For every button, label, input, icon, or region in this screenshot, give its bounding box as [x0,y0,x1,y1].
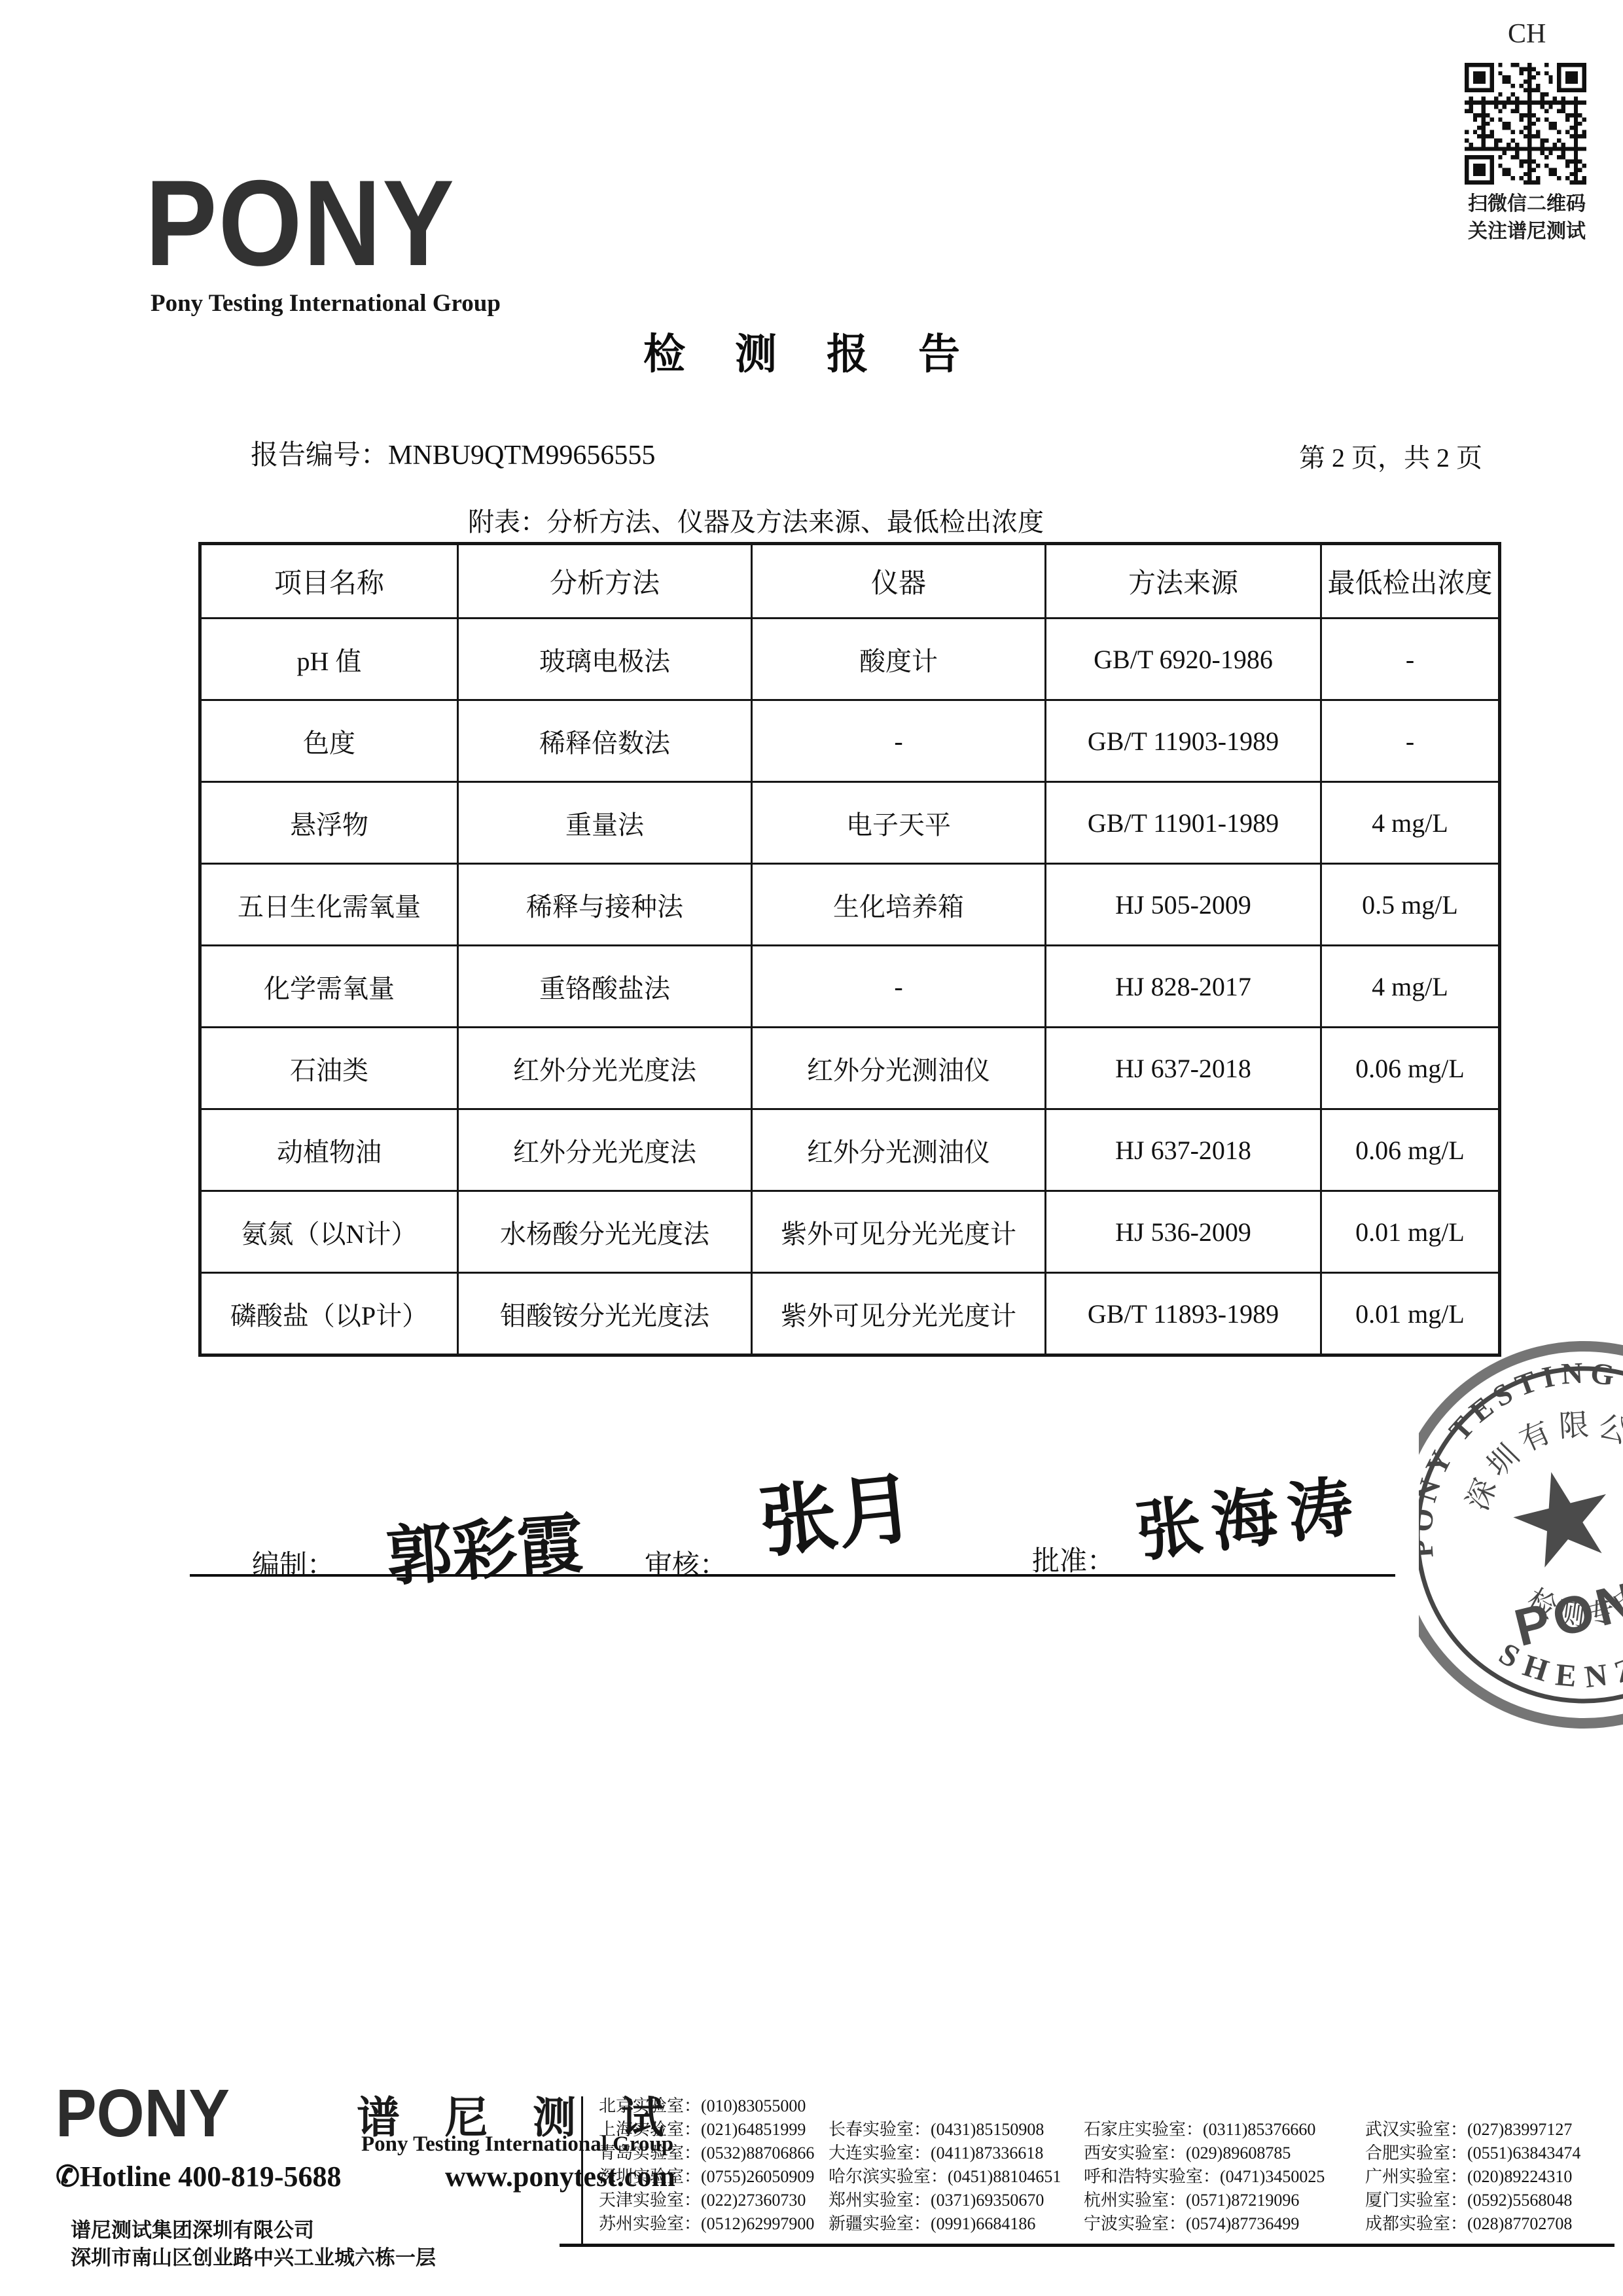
col-header-instrument: 仪器 [752,544,1046,619]
analysis-method-table: 项目名称 分析方法 仪器 方法来源 最低检出浓度 pH 值玻璃电极法酸度计GB/… [198,542,1501,1357]
lab-entry: 北京实验室：(010)83055000 [599,2094,814,2118]
lab-entry: 宁波实验室：(0574)87736499 [1084,2212,1325,2236]
qr-code [1465,63,1586,185]
lab-phone-column-3: 石家庄实验室：(0311)85376660 西安实验室：(029)8960878… [1084,2118,1325,2236]
footer-divider [581,2096,583,2247]
col-header-limit: 最低检出浓度 [1321,544,1500,619]
table-caption: 附表：分析方法、仪器及方法来源、最低检出浓度 [200,501,1312,539]
qr-caption-line2: 关注谱尼测试 [1445,215,1609,243]
footer-bottom-rule [560,2244,1614,2247]
report-number-value: MNBU9QTM99656555 [388,440,655,471]
report-page: PONY Pony Testing International Group CH… [0,0,1623,2296]
lab-phone-column-4: 武汉实验室：(027)83997127 合肥实验室：(0551)63843474… [1365,2118,1580,2236]
seal-center-brand: PONY [1509,1561,1623,1657]
report-number-line: 报告编号：MNBU9QTM99656555 [251,433,655,473]
pony-logo: PONY [145,162,455,284]
lab-entry: 杭州实验室：(0571)87219096 [1084,2189,1325,2212]
footer-pony-logo: PONY [56,2080,230,2147]
table-row: 石油类红外分光光度法红外分光测油仪HJ 637-20180.06 mg/L [200,1028,1500,1109]
language-label: CH [1508,18,1546,50]
footer-company-address: 深圳市南山区创业路中兴工业城六栋一层 [71,2241,436,2270]
lab-entry: 成都实验室：(028)87702708 [1365,2212,1580,2236]
pony-logo-subtitle: Pony Testing International Group [151,289,501,317]
lab-entry: 合肥实验室：(0551)63843474 [1365,2142,1580,2165]
lab-phone-column-2: 长春实验室：(0431)85150908 大连实验室：(0411)8733661… [829,2118,1061,2236]
table-row: 动植物油红外分光光度法红外分光测油仪HJ 637-20180.06 mg/L [200,1109,1500,1191]
lab-entry: 天津实验室：(022)27360730 [599,2189,814,2212]
reviewed-by-label: 审核： [645,1543,727,1583]
table-row: 悬浮物重量法电子天平GB/T 11901-19894 mg/L [200,782,1500,864]
lab-entry: 长春实验室：(0431)85150908 [829,2118,1061,2142]
lab-entry: 呼和浩特实验室：(0471)3450025 [1084,2165,1325,2189]
prepared-by-signature: 郭彩霞 [383,1491,585,1599]
lab-entry: 青岛实验室：(0532)88706866 [599,2142,814,2165]
lab-entry: 厦门实验室：(0592)5568048 [1365,2189,1580,2212]
hotline-text: Hotline 400-819-5688 [80,2161,342,2193]
table-header-row: 项目名称 分析方法 仪器 方法来源 最低检出浓度 [200,544,1500,619]
table-row: 五日生化需氧量稀释与接种法生化培养箱HJ 505-20090.5 mg/L [200,864,1500,946]
prepared-by-label: 编制： [252,1543,334,1583]
lab-entry: 武汉实验室：(027)83997127 [1365,2118,1580,2142]
phone-icon: ✆ [56,2161,80,2193]
lab-entry: 石家庄实验室：(0311)85376660 [1084,2118,1325,2142]
lab-entry: 郑州实验室：(0371)69350670 [829,2189,1061,2212]
lab-entry: 哈尔滨实验室：(0451)88104651 [829,2165,1061,2189]
table-row: 色度稀释倍数法-GB/T 11903-1989- [200,700,1500,782]
qr-caption-line1: 扫微信二维码 [1445,187,1609,216]
lab-entry: 西安实验室：(029)89608785 [1084,2142,1325,2165]
lab-entry: 广州实验室：(020)89224310 [1365,2165,1580,2189]
reviewed-by-signature: 张月 [754,1445,919,1572]
lab-entry: 上海实验室：(021)64851999 [599,2118,814,2142]
col-header-source: 方法来源 [1046,544,1321,619]
lab-entry: 大连实验室：(0411)87336618 [829,2142,1061,2165]
lab-entry: 深圳实验室：(0755)26050909 [599,2165,814,2189]
page-indicator: 第 2 页，共 2 页 [1299,437,1482,475]
hotline-line: ✆Hotline 400-819-5688 [56,2160,342,2193]
signature-underline [190,1574,1395,1577]
approved-by-label: 批准： [1032,1539,1115,1579]
lab-phone-column-1: 北京实验室：(010)83055000 上海实验室：(021)64851999 … [599,2094,814,2236]
footer-company-name: 谱尼测试集团深圳有限公司 [71,2214,314,2243]
report-number-label: 报告编号： [251,440,388,471]
table-row: pH 值玻璃电极法酸度计GB/T 6920-1986- [200,619,1500,700]
col-header-method: 分析方法 [458,544,752,619]
page-title: 检 测 报 告 [0,321,1623,381]
table-row: 磷酸盐（以P计）钼酸铵分光光度法紫外可见分光光度计GB/T 11893-1989… [200,1273,1500,1355]
table-row: 氨氮（以N计）水杨酸分光光度法紫外可见分光光度计HJ 536-20090.01 … [200,1191,1500,1273]
lab-entry: 苏州实验室：(0512)62997900 [599,2212,814,2236]
lab-entry: 新疆实验室：(0991)6684186 [829,2212,1061,2236]
col-header-item: 项目名称 [200,544,458,619]
company-seal: PONY TESTING GROUP SHENZHEN 深圳有限公司 检测专用章 [1419,1334,1623,1732]
table-row: 化学需氧量重铬酸盐法-HJ 828-20174 mg/L [200,946,1500,1028]
approved-by-signature: 张海涛 [1131,1452,1368,1573]
seal-star-icon [1505,1461,1620,1572]
